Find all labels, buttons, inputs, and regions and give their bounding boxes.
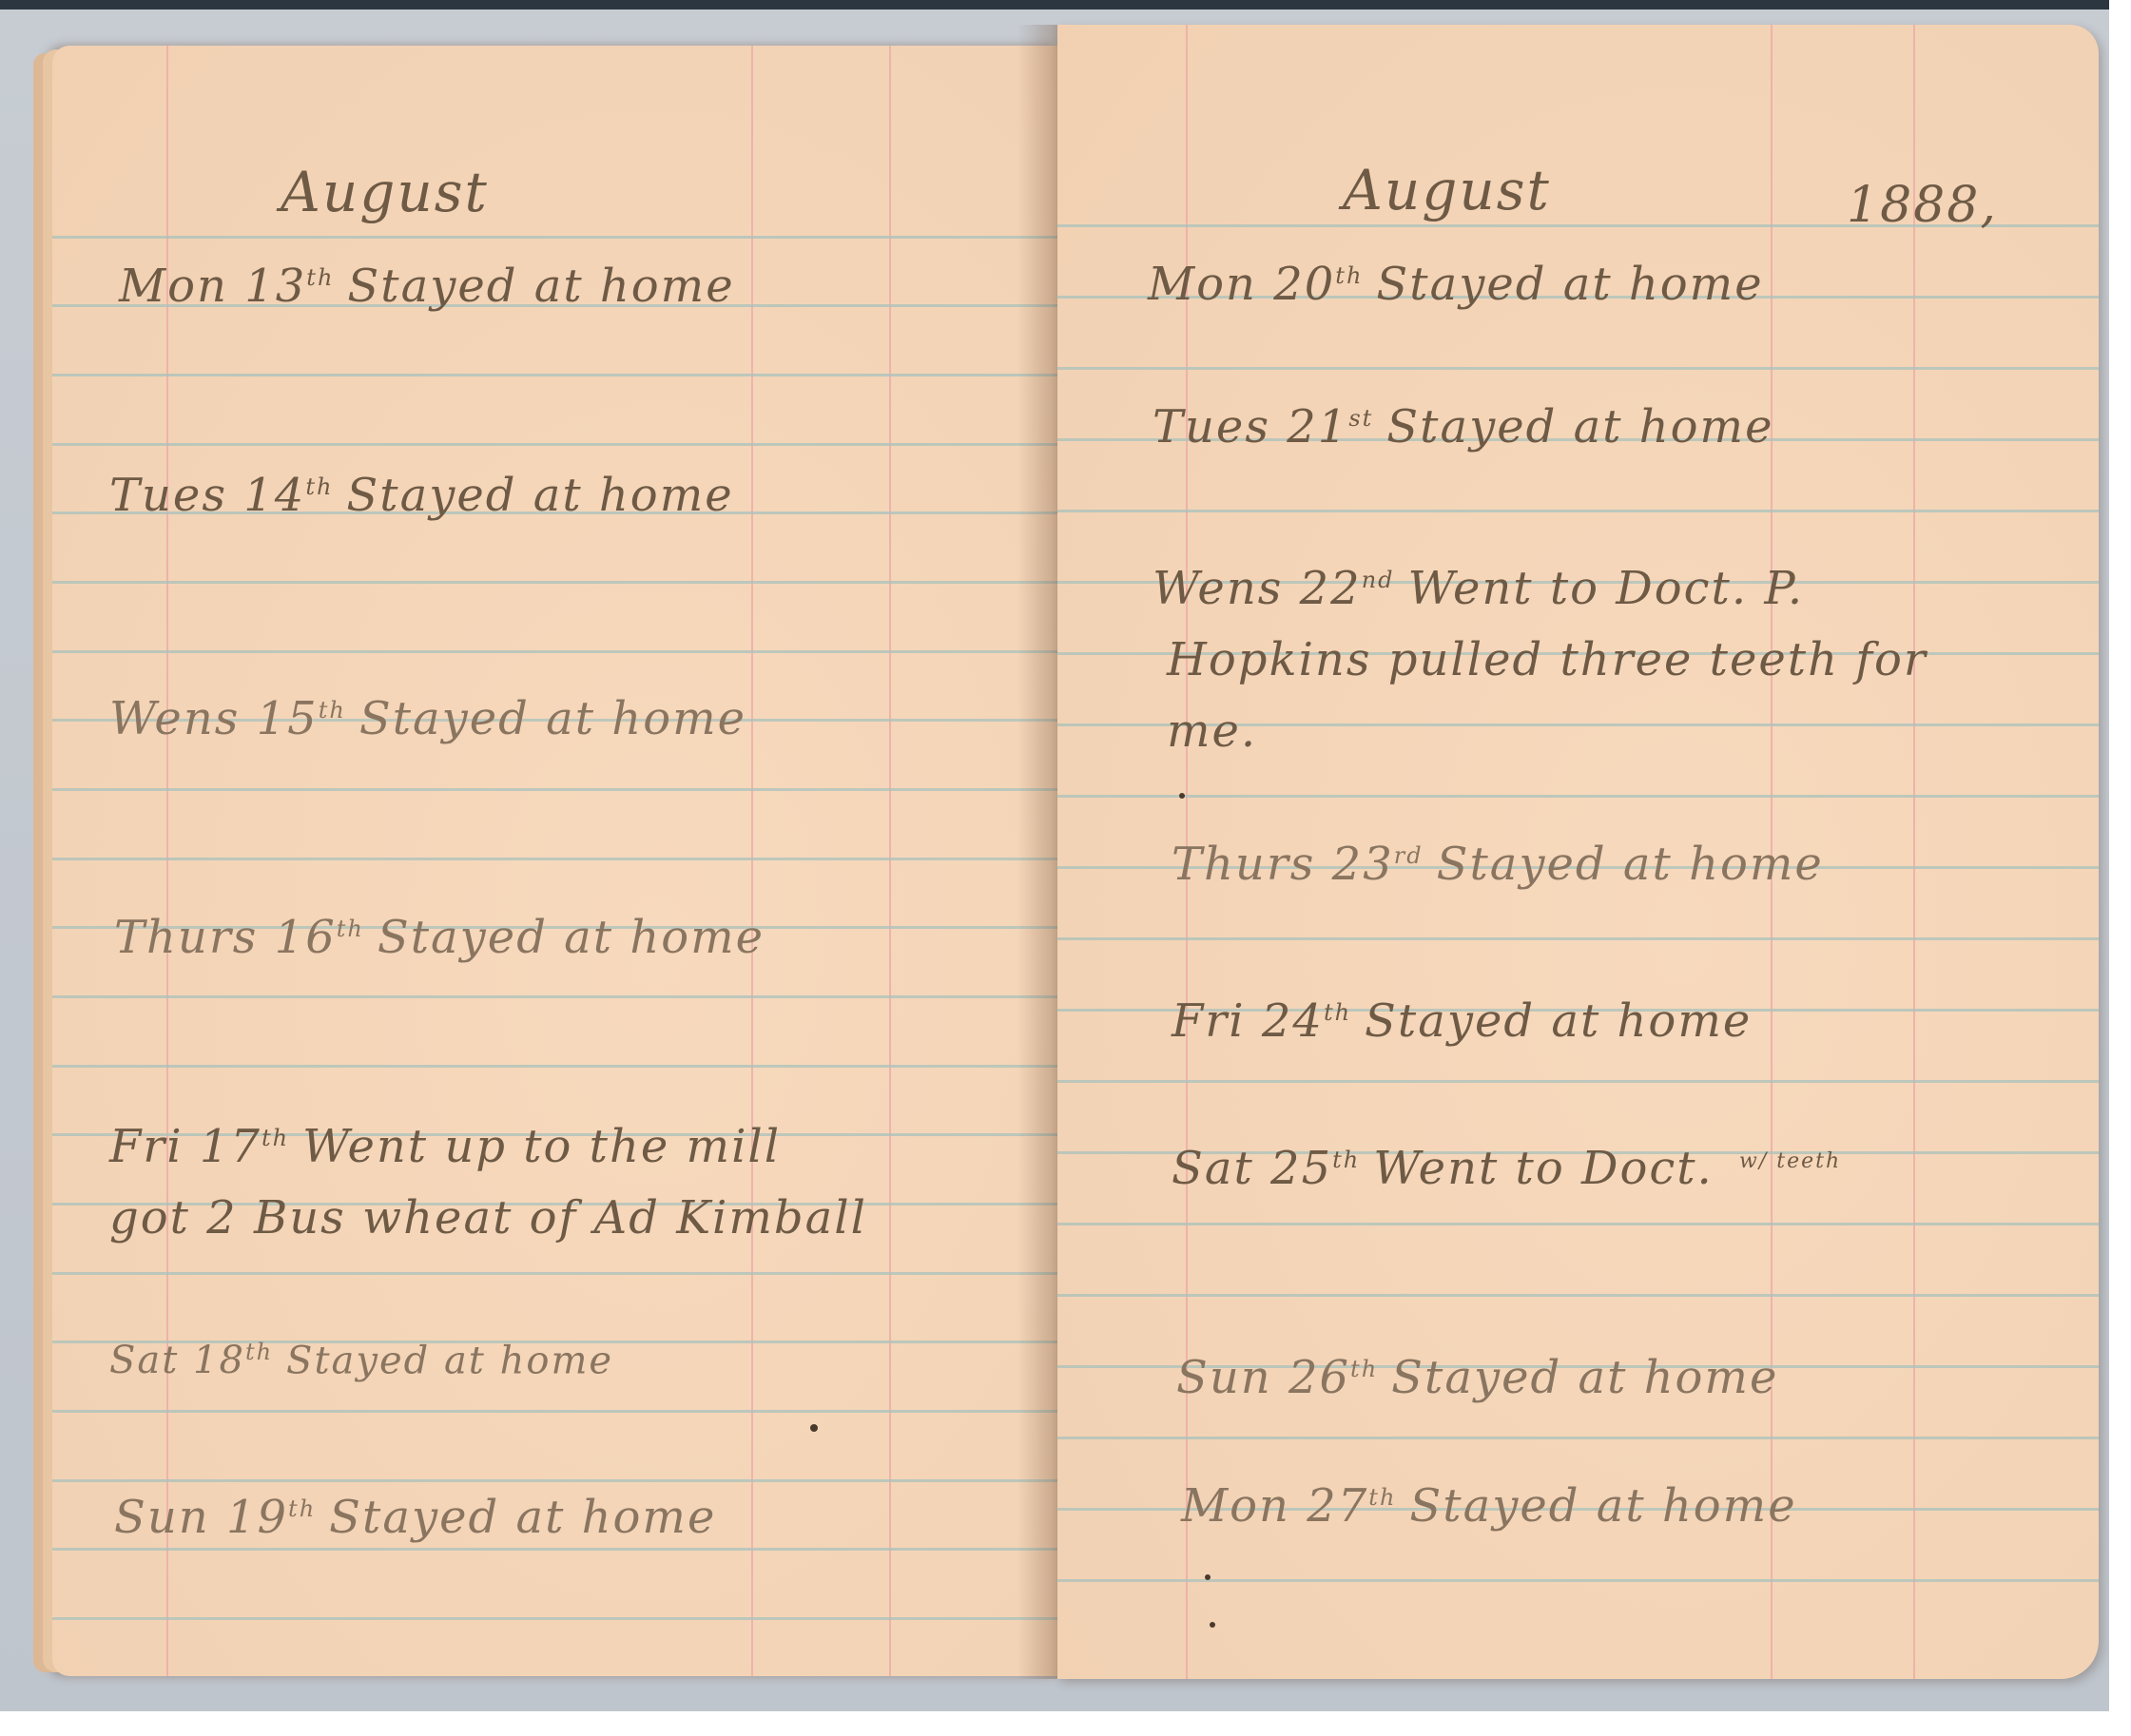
entry-text: Stayed at home	[1391, 1351, 1778, 1404]
ruled-line	[1057, 367, 2099, 370]
entry-ordinal: th	[245, 1339, 273, 1365]
entry-day: Mon 13	[119, 260, 306, 313]
scan-margin	[0, 1711, 2131, 1736]
diary-entry: Mon 20thStayed at home	[1148, 258, 1764, 311]
year-heading: 1888,	[1847, 177, 1998, 234]
ruled-line	[52, 1548, 1060, 1551]
entry-text: Stayed at home	[347, 260, 734, 313]
ruled-line	[52, 374, 1060, 376]
ruled-line	[52, 1272, 1060, 1275]
ruled-line	[52, 1617, 1060, 1620]
entry-day: Mon 20	[1148, 258, 1335, 311]
month-heading: August	[281, 160, 489, 224]
diary-entry: Sun 19thStayed at home	[114, 1491, 716, 1544]
entry-day: Sat 18	[109, 1339, 245, 1382]
ruled-line	[52, 581, 1060, 584]
entry-text: Went to Doct. P.	[1408, 562, 1805, 615]
diary-entry: Tues 14thStayed at home	[109, 469, 734, 522]
entry-text: Stayed at home	[359, 692, 746, 745]
entry-ordinal: th	[262, 1125, 289, 1151]
diary-entry-continuation: Hopkins pulled three teeth for	[1167, 633, 1928, 686]
entry-day: Mon 27	[1181, 1479, 1368, 1533]
diary-entry: Wens 22ndWent to Doct. P.	[1153, 562, 1804, 615]
entry-ordinal: rd	[1394, 842, 1424, 869]
entry-ordinal: th	[305, 473, 333, 500]
ruled-line	[1057, 510, 2099, 512]
month-heading: August	[1343, 158, 1551, 222]
entry-day: Sat 25	[1172, 1142, 1332, 1195]
ruled-line	[52, 788, 1060, 791]
entry-day: Thurs 23	[1172, 838, 1394, 891]
entry-text: Went to Doct.	[1373, 1142, 1714, 1195]
entry-text: Stayed at home	[286, 1339, 613, 1382]
entry-ordinal: th	[337, 916, 364, 942]
ruled-line	[52, 1479, 1060, 1482]
ruled-line	[1057, 1294, 2099, 1297]
ruled-line	[1057, 1223, 2099, 1225]
ruled-line	[52, 995, 1060, 998]
diary-entry: Thurs 16thStayed at home	[114, 911, 765, 964]
entry-day: Tues 21	[1153, 400, 1348, 453]
entry-text: Went up to the mill	[302, 1120, 781, 1173]
entry-ordinal: st	[1348, 405, 1373, 432]
entry-text: Stayed at home	[1365, 994, 1752, 1048]
entry-ordinal: nd	[1362, 567, 1395, 593]
ink-spot	[1179, 793, 1185, 799]
left-page: August Mon 13thStayed at home Tues 14thS…	[52, 46, 1060, 1676]
entry-ordinal: th	[319, 697, 346, 723]
entry-ordinal: th	[1368, 1484, 1396, 1511]
entry-day: Fri 24	[1172, 994, 1324, 1048]
entry-ordinal: th	[1350, 1356, 1378, 1382]
entry-text: Stayed at home	[1409, 1479, 1796, 1533]
diary-entry: Sat 25thWent to Doct. w/ teeth	[1172, 1142, 1841, 1195]
scanner-edge	[0, 0, 2131, 10]
ruled-line	[52, 236, 1060, 239]
diary-entry: Mon 27thStayed at home	[1181, 1479, 1797, 1533]
ink-spot	[1210, 1622, 1215, 1628]
entry-text: Stayed at home	[1376, 258, 1763, 311]
entry-text: Stayed at home	[1386, 400, 1773, 453]
entry-text: Stayed at home	[329, 1491, 716, 1544]
column-line	[1913, 25, 1915, 1679]
ruled-line	[1057, 937, 2099, 940]
ink-spot	[1205, 1574, 1211, 1580]
ruled-line	[1057, 1579, 2099, 1582]
ruled-line	[52, 858, 1060, 860]
entry-day: Wens 22	[1153, 562, 1362, 615]
entry-ordinal: th	[1324, 999, 1351, 1026]
entry-text: Stayed at home	[346, 469, 733, 522]
entry-text: Stayed at home	[1437, 838, 1824, 891]
column-line	[889, 46, 891, 1676]
entry-day: Tues 14	[109, 469, 305, 522]
diary-entry: Mon 13thStayed at home	[119, 260, 735, 313]
diary-entry: Sun 26thStayed at home	[1176, 1351, 1778, 1404]
diary-entry: Thurs 23rdStayed at home	[1172, 838, 1824, 891]
ruled-line	[52, 443, 1060, 446]
entry-day: Sun 19	[114, 1491, 288, 1544]
diary-entry-continuation: me.	[1167, 704, 1257, 758]
entry-note: w/ teeth	[1739, 1149, 1841, 1173]
entry-ordinal: th	[288, 1495, 316, 1522]
right-page: August 1888, Mon 20thStayed at home Tues…	[1057, 25, 2099, 1679]
diary-entry: Fri 17thWent up to the mill	[109, 1120, 781, 1173]
ruled-line	[1057, 1080, 2099, 1083]
ink-spot	[810, 1424, 818, 1432]
diary-entry: Tues 21stStayed at home	[1153, 400, 1773, 453]
diary-entry: Fri 24thStayed at home	[1172, 994, 1752, 1048]
entry-ordinal: th	[1332, 1147, 1360, 1173]
diary-entry: Sat 18thStayed at home	[109, 1339, 613, 1382]
diary-entry: Wens 15thStayed at home	[109, 692, 746, 745]
ruled-line	[52, 1410, 1060, 1413]
entry-day: Sun 26	[1176, 1351, 1350, 1404]
entry-day: Fri 17	[109, 1120, 262, 1173]
scan-margin	[2109, 0, 2131, 1736]
entry-ordinal: th	[306, 264, 334, 291]
diary-entry-continuation: got 2 Bus wheat of Ad Kimball	[109, 1191, 867, 1244]
ruled-line	[1057, 1437, 2099, 1439]
ruled-line	[1057, 795, 2099, 798]
entry-day: Wens 15	[109, 692, 319, 745]
ruled-line	[52, 650, 1060, 653]
entry-text: Stayed at home	[378, 911, 765, 964]
column-line	[751, 46, 753, 1676]
entry-ordinal: th	[1335, 262, 1363, 289]
ruled-line	[52, 1065, 1060, 1068]
entry-day: Thurs 16	[114, 911, 337, 964]
